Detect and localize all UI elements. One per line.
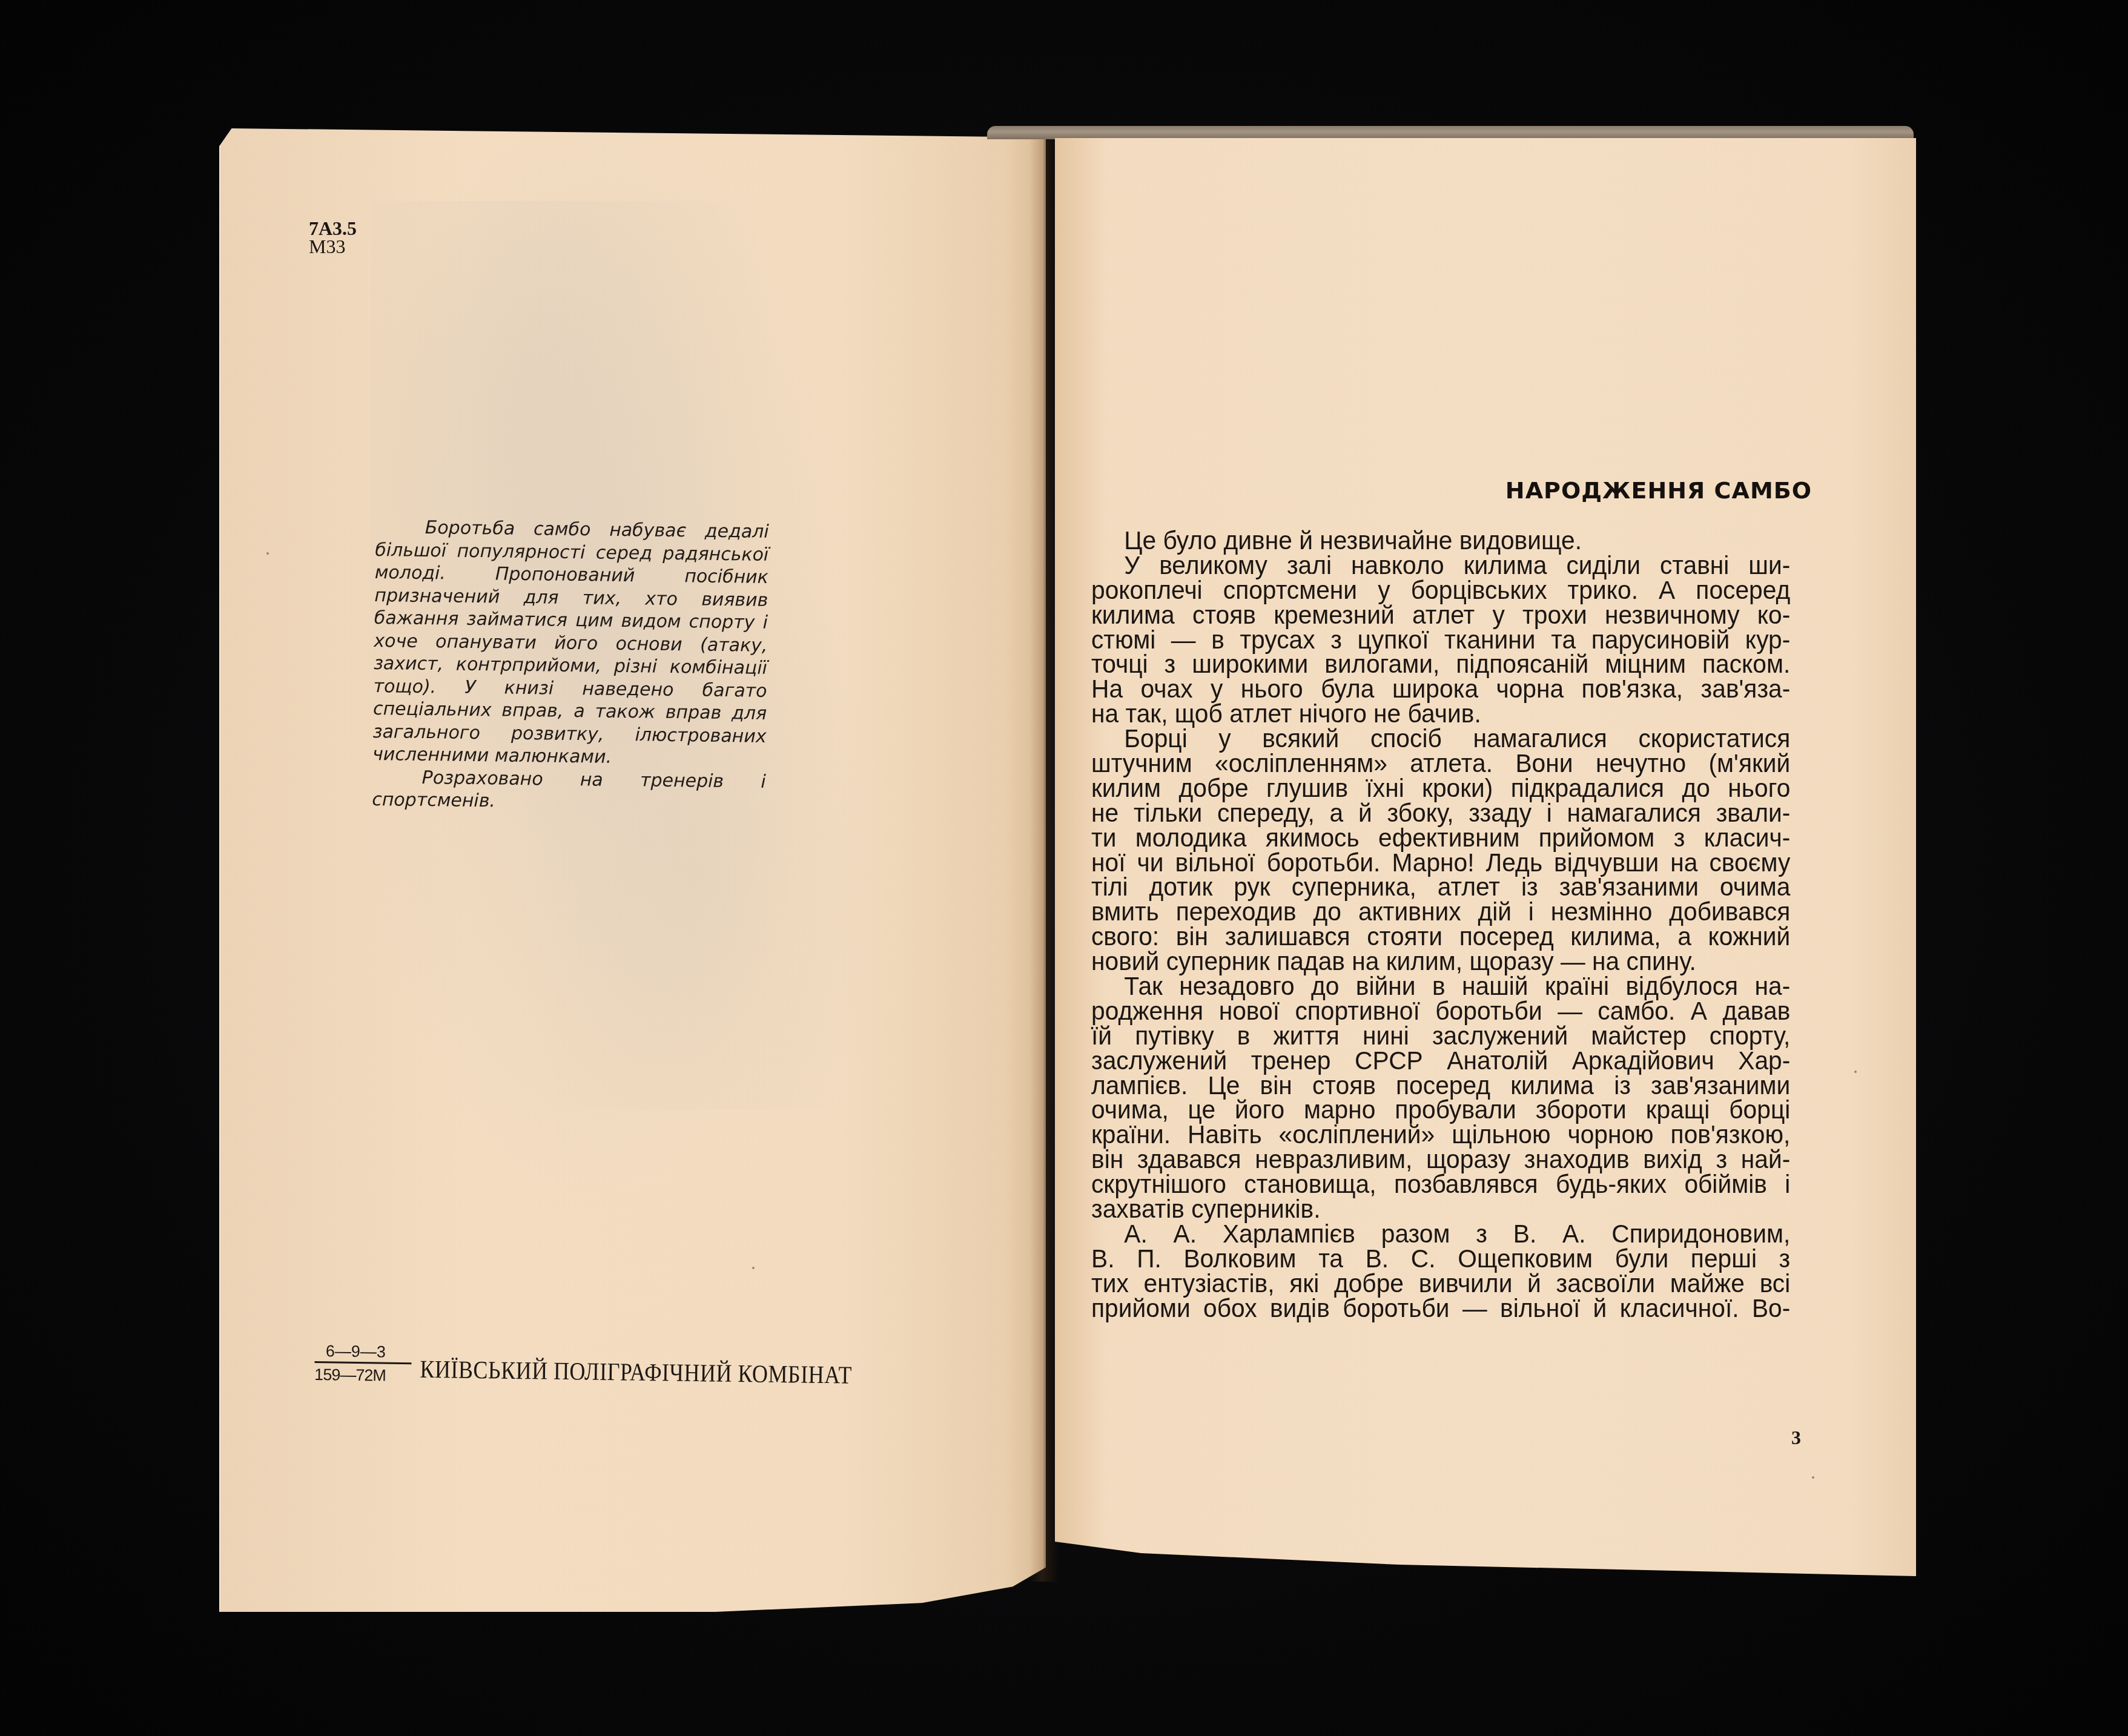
text-line: Так незадовго до війни в нашій країні ві…: [1091, 974, 1790, 999]
order-fraction: 6—9—3 159—72М: [314, 1342, 412, 1385]
text-line: їй путівку в життя нині заслужений майст…: [1091, 1024, 1790, 1049]
text-line: прийоми обох видів боротьби — вільної й …: [1091, 1296, 1790, 1321]
abstract-paragraph-2: Розраховано на тренерів і спортсменів.: [372, 765, 766, 816]
text-line: захватів суперників.: [1091, 1197, 1790, 1222]
text-line: тих ентузіастів, які добре вивчили й зас…: [1091, 1272, 1790, 1296]
chapter-title: НАРОДЖЕННЯ САМБО: [1505, 477, 1812, 504]
paper-speck: [1812, 1476, 1814, 1479]
abstract-paragraph-1: Боротьба самбо набуває дедалі більшої по…: [372, 516, 769, 770]
publisher-name: КИЇВСЬКИЙ ПОЛІГРАФІЧНИЙ КОМБІНАТ: [420, 1355, 852, 1391]
paper-speck: [752, 1267, 755, 1269]
text-line: він здавався невразливим, щоразу знаходи…: [1091, 1147, 1790, 1172]
text-line: килима стояв кремезний атлет у трохи нез…: [1091, 603, 1790, 628]
text-line: рокоплечі спортсмени у борцівських трико…: [1091, 578, 1790, 603]
text-line: скрутнішого становища, позбавлявся будь-…: [1091, 1172, 1790, 1197]
text-line: очима, це його марно пробували збороти к…: [1091, 1098, 1790, 1123]
text-line: новий суперник падав на килим, щоразу — …: [1091, 949, 1790, 974]
page-block-edge: [987, 126, 1914, 139]
catalog-code-secondary: М33: [309, 237, 357, 256]
text-line: вмить переходив до активних дій і незмін…: [1091, 900, 1790, 925]
book-abstract: Боротьба самбо набуває дедалі більшої по…: [372, 516, 769, 816]
printing-imprint: 6—9—3 159—72М КИЇВСЬКИЙ ПОЛІГРАФІЧНИЙ КО…: [314, 1342, 853, 1391]
text-line: А. А. Харлампієв разом з В. А. Спиридоно…: [1091, 1222, 1790, 1247]
text-line: не тільки спереду, а й збоку, ззаду і на…: [1091, 801, 1790, 826]
text-line: Це було дивне й незвичайне видовище.: [1091, 529, 1790, 553]
text-line: У великому залі навколо килима сиділи ст…: [1091, 553, 1790, 578]
fraction-numerator: 6—9—3: [315, 1342, 386, 1361]
text-line: На очах у нього була широка чорна пов'яз…: [1091, 677, 1790, 702]
text-line: ти молодика якимось ефективним прийомом …: [1091, 826, 1790, 851]
chapter-body-text: Це було дивне й незвичайне видовище.У ве…: [1091, 529, 1790, 1321]
text-line: тілі дотик рук суперника, атлет із зав'я…: [1091, 875, 1790, 900]
text-line: лампієв. Це він стояв посеред килима із …: [1091, 1074, 1790, 1098]
text-line: точці з широкими вилогами, підпоясаній м…: [1091, 652, 1790, 677]
right-page: НАРОДЖЕННЯ САМБО Це було дивне й незвича…: [1055, 138, 1916, 1576]
fraction-bar: [315, 1361, 412, 1364]
paper-speck: [1854, 1071, 1857, 1073]
left-page: 7А3.5 М33 Боротьба самбо набуває дедалі …: [219, 128, 1046, 1612]
text-line: ної чи вільної боротьби. Марно! Ледь від…: [1091, 851, 1790, 876]
text-line: країни. Навіть «осліплений» щільною чорн…: [1091, 1123, 1790, 1147]
text-line: свого: він залишався стояти посеред кили…: [1091, 925, 1790, 949]
catalog-code-main: 7А3.5: [309, 219, 357, 237]
text-line: штучним «осліпленням» атлета. Вони нечут…: [1091, 751, 1790, 776]
text-line: стюмі — в трусах з цупкої тканини та пар…: [1091, 628, 1790, 653]
text-line: на так, щоб атлет нічого не бачив.: [1091, 702, 1790, 727]
text-line: родження нової спортивної боротьби — сам…: [1091, 999, 1790, 1024]
text-line: заслужений тренер СРСР Анатолій Аркадійо…: [1091, 1049, 1790, 1074]
text-line: В. П. Волковим та В. С. Ощепковим були п…: [1091, 1247, 1790, 1272]
catalog-code: 7А3.5 М33: [309, 219, 357, 256]
page-number: 3: [1791, 1427, 1801, 1449]
text-line: Борці у всякий спосіб намагалися скорист…: [1091, 727, 1790, 751]
fraction-denominator: 159—72М: [314, 1365, 386, 1385]
text-line: килим добре глушив їхні кроки) підкрадал…: [1091, 776, 1790, 801]
paper-speck: [266, 552, 269, 555]
